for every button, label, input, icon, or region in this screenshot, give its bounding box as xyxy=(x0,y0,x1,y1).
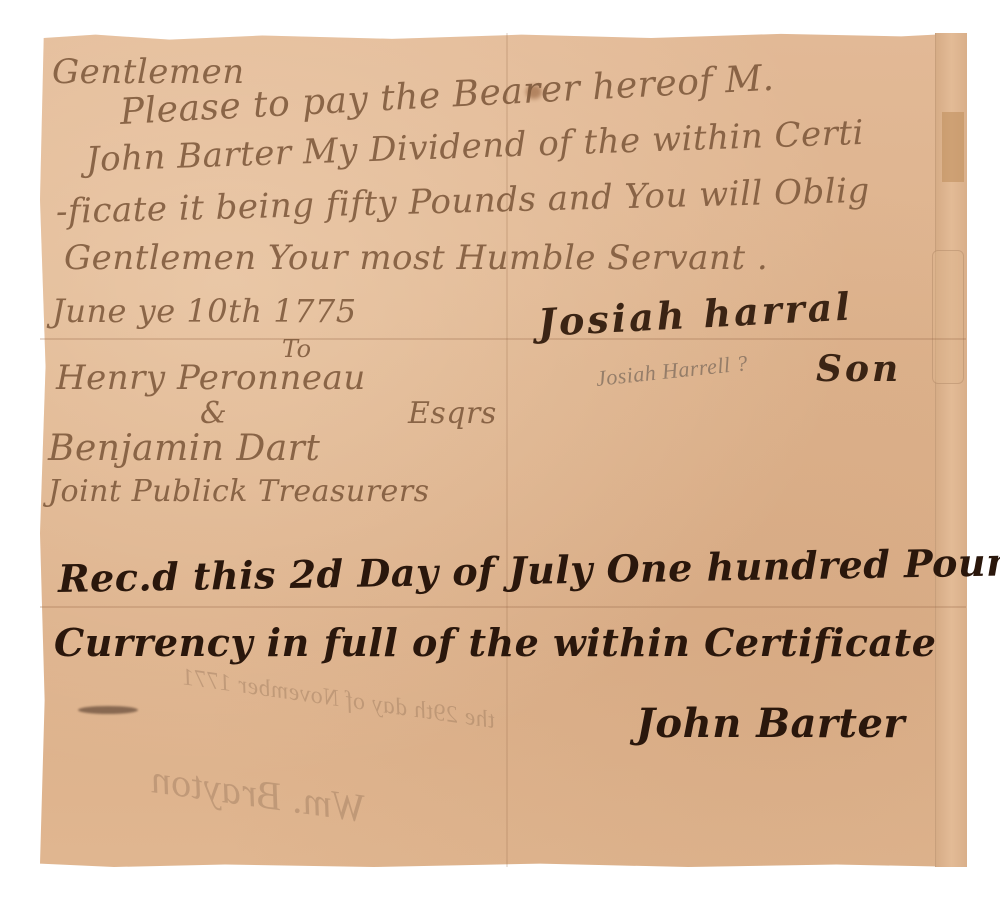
addressee-ampersand: & xyxy=(200,396,227,431)
receipt-line-2: Currency in full of the within Certifica… xyxy=(54,620,936,665)
fold-crease-horizontal-lower xyxy=(40,606,966,608)
order-line-4: Gentlemen Your most Humble Servant . xyxy=(64,238,768,278)
fold-crease-horizontal xyxy=(40,338,966,340)
tape-residue xyxy=(942,112,964,182)
order-date: June ye 10th 1775 xyxy=(52,292,357,330)
addressee-honorific: Esqrs xyxy=(408,396,497,431)
tape-residue-lower xyxy=(932,250,964,384)
addressee-2: Benjamin Dart xyxy=(48,428,320,469)
signer-suffix: Son xyxy=(816,348,901,390)
receipt-signature: John Barter xyxy=(636,700,905,747)
addressee-title: Joint Publick Treasurers xyxy=(48,474,430,509)
ink-blot xyxy=(78,706,138,714)
addressee-1: Henry Peronneau xyxy=(56,358,366,398)
